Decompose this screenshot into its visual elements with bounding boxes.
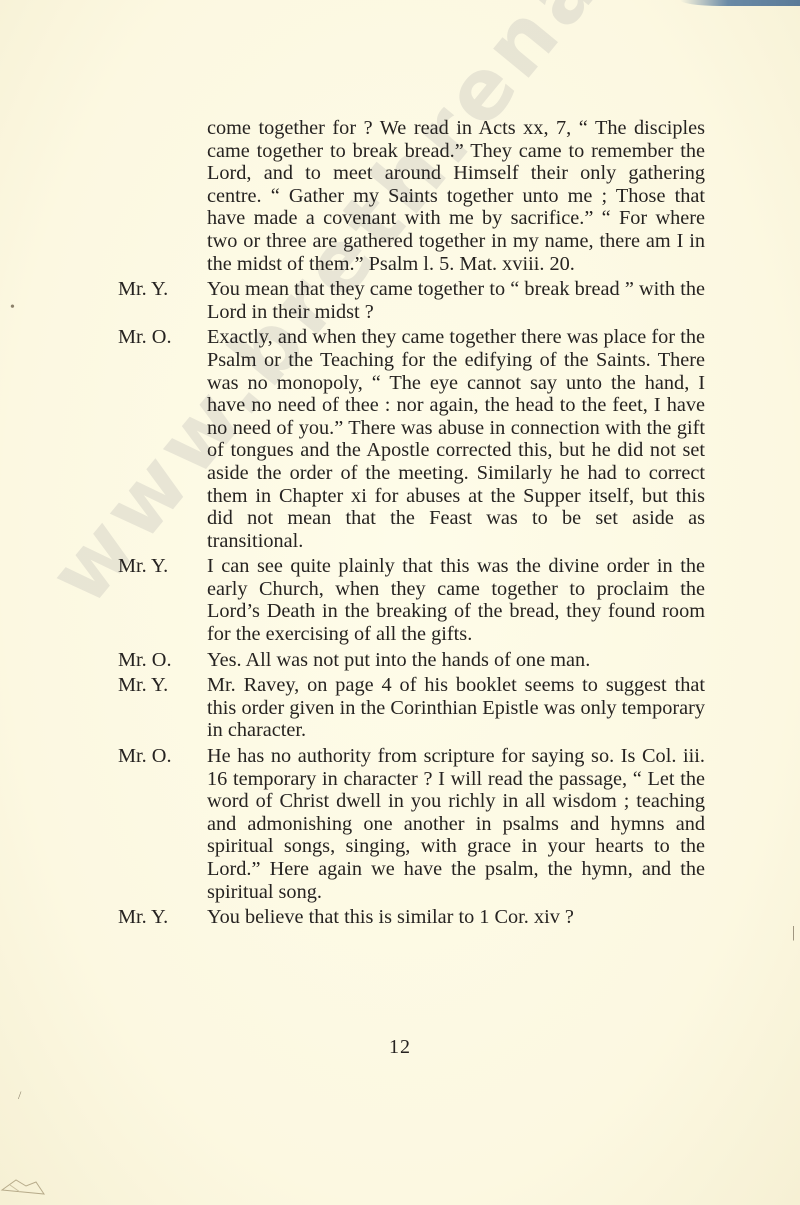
dialogue-turn: Mr. O. Exactly, and when they came toget… — [118, 326, 705, 552]
speech-text: Exactly, and when they came together the… — [207, 326, 705, 552]
dialogue-turn: Mr. Y. Mr. Ravey, on page 4 of his bookl… — [118, 674, 705, 742]
speaker-label: Mr. Y. — [118, 278, 207, 323]
page-body: come together for ? We read in Acts xx, … — [118, 117, 705, 932]
dialogue-turn: Mr. O. Yes. All was not put into the han… — [118, 649, 705, 672]
margin-speck: • — [10, 300, 15, 316]
speaker-label: Mr. O. — [118, 649, 207, 672]
dialogue-turn: Mr. Y. You believe that this is similar … — [118, 906, 705, 929]
speaker-label: Mr. O. — [118, 326, 207, 552]
continued-paragraph: come together for ? We read in Acts xx, … — [207, 117, 705, 275]
speech-text: You believe that this is similar to 1 Co… — [207, 906, 705, 929]
dialogue-turn: Mr. Y. I can see quite plainly that this… — [118, 555, 705, 645]
speaker-label: Mr. Y. — [118, 555, 207, 645]
speech-text: I can see quite plainly that this was th… — [207, 555, 705, 645]
scan-edge-shadow — [680, 0, 800, 6]
speaker-label: Mr. O. — [118, 745, 207, 903]
page-number: 12 — [0, 1036, 800, 1059]
margin-speck-right: | — [792, 924, 795, 942]
speech-text: Yes. All was not put into the hands of o… — [207, 649, 705, 672]
speaker-label: Mr. Y. — [118, 674, 207, 742]
speaker-label: Mr. Y. — [118, 906, 207, 929]
margin-pencil-mark: / — [18, 1088, 21, 1103]
corner-fold-mark — [0, 1168, 48, 1198]
speech-text: He has no authority from scripture for s… — [207, 745, 705, 903]
dialogue-turn: Mr. Y. You mean that they came together … — [118, 278, 705, 323]
dialogue-turn: Mr. O. He has no authority from scriptur… — [118, 745, 705, 903]
speech-text: Mr. Ravey, on page 4 of his booklet seem… — [207, 674, 705, 742]
speech-text: You mean that they came together to “ br… — [207, 278, 705, 323]
